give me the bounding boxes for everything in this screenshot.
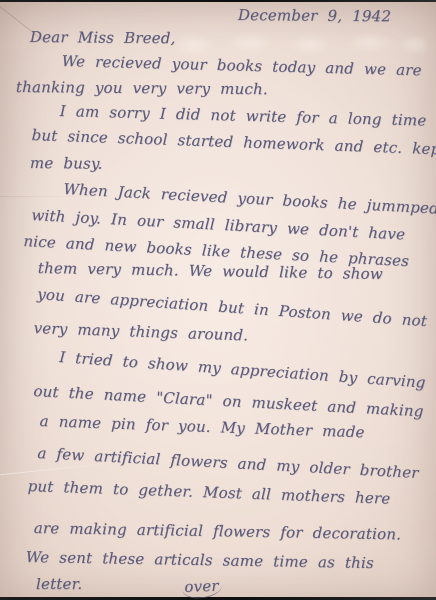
letter-line: I am sorry I did not write for a long ti…: [59, 101, 426, 131]
letter-line: me busy.: [30, 153, 103, 174]
over-note: over: [182, 576, 223, 599]
letter-line: very many things around.: [33, 318, 248, 345]
letter-line: a few artificial flowers and my older br…: [37, 443, 419, 483]
salutation-line: Dear Miss Breed,: [30, 27, 176, 48]
letter-line: letter.: [36, 574, 82, 594]
date-line: December 9, 1942: [238, 5, 391, 26]
letter-line: We sent these articals same time as this: [26, 547, 374, 573]
letter-line: thanking you very very much.: [16, 77, 268, 99]
scan-edge-top: [0, 0, 436, 2]
letter-line: put them to gether. Most all mothers her…: [27, 476, 390, 509]
letter-scan: December 9, 1942 Dear Miss Breed, We rec…: [0, 0, 436, 600]
letter-line: are making artificial flowers for decora…: [34, 518, 402, 544]
